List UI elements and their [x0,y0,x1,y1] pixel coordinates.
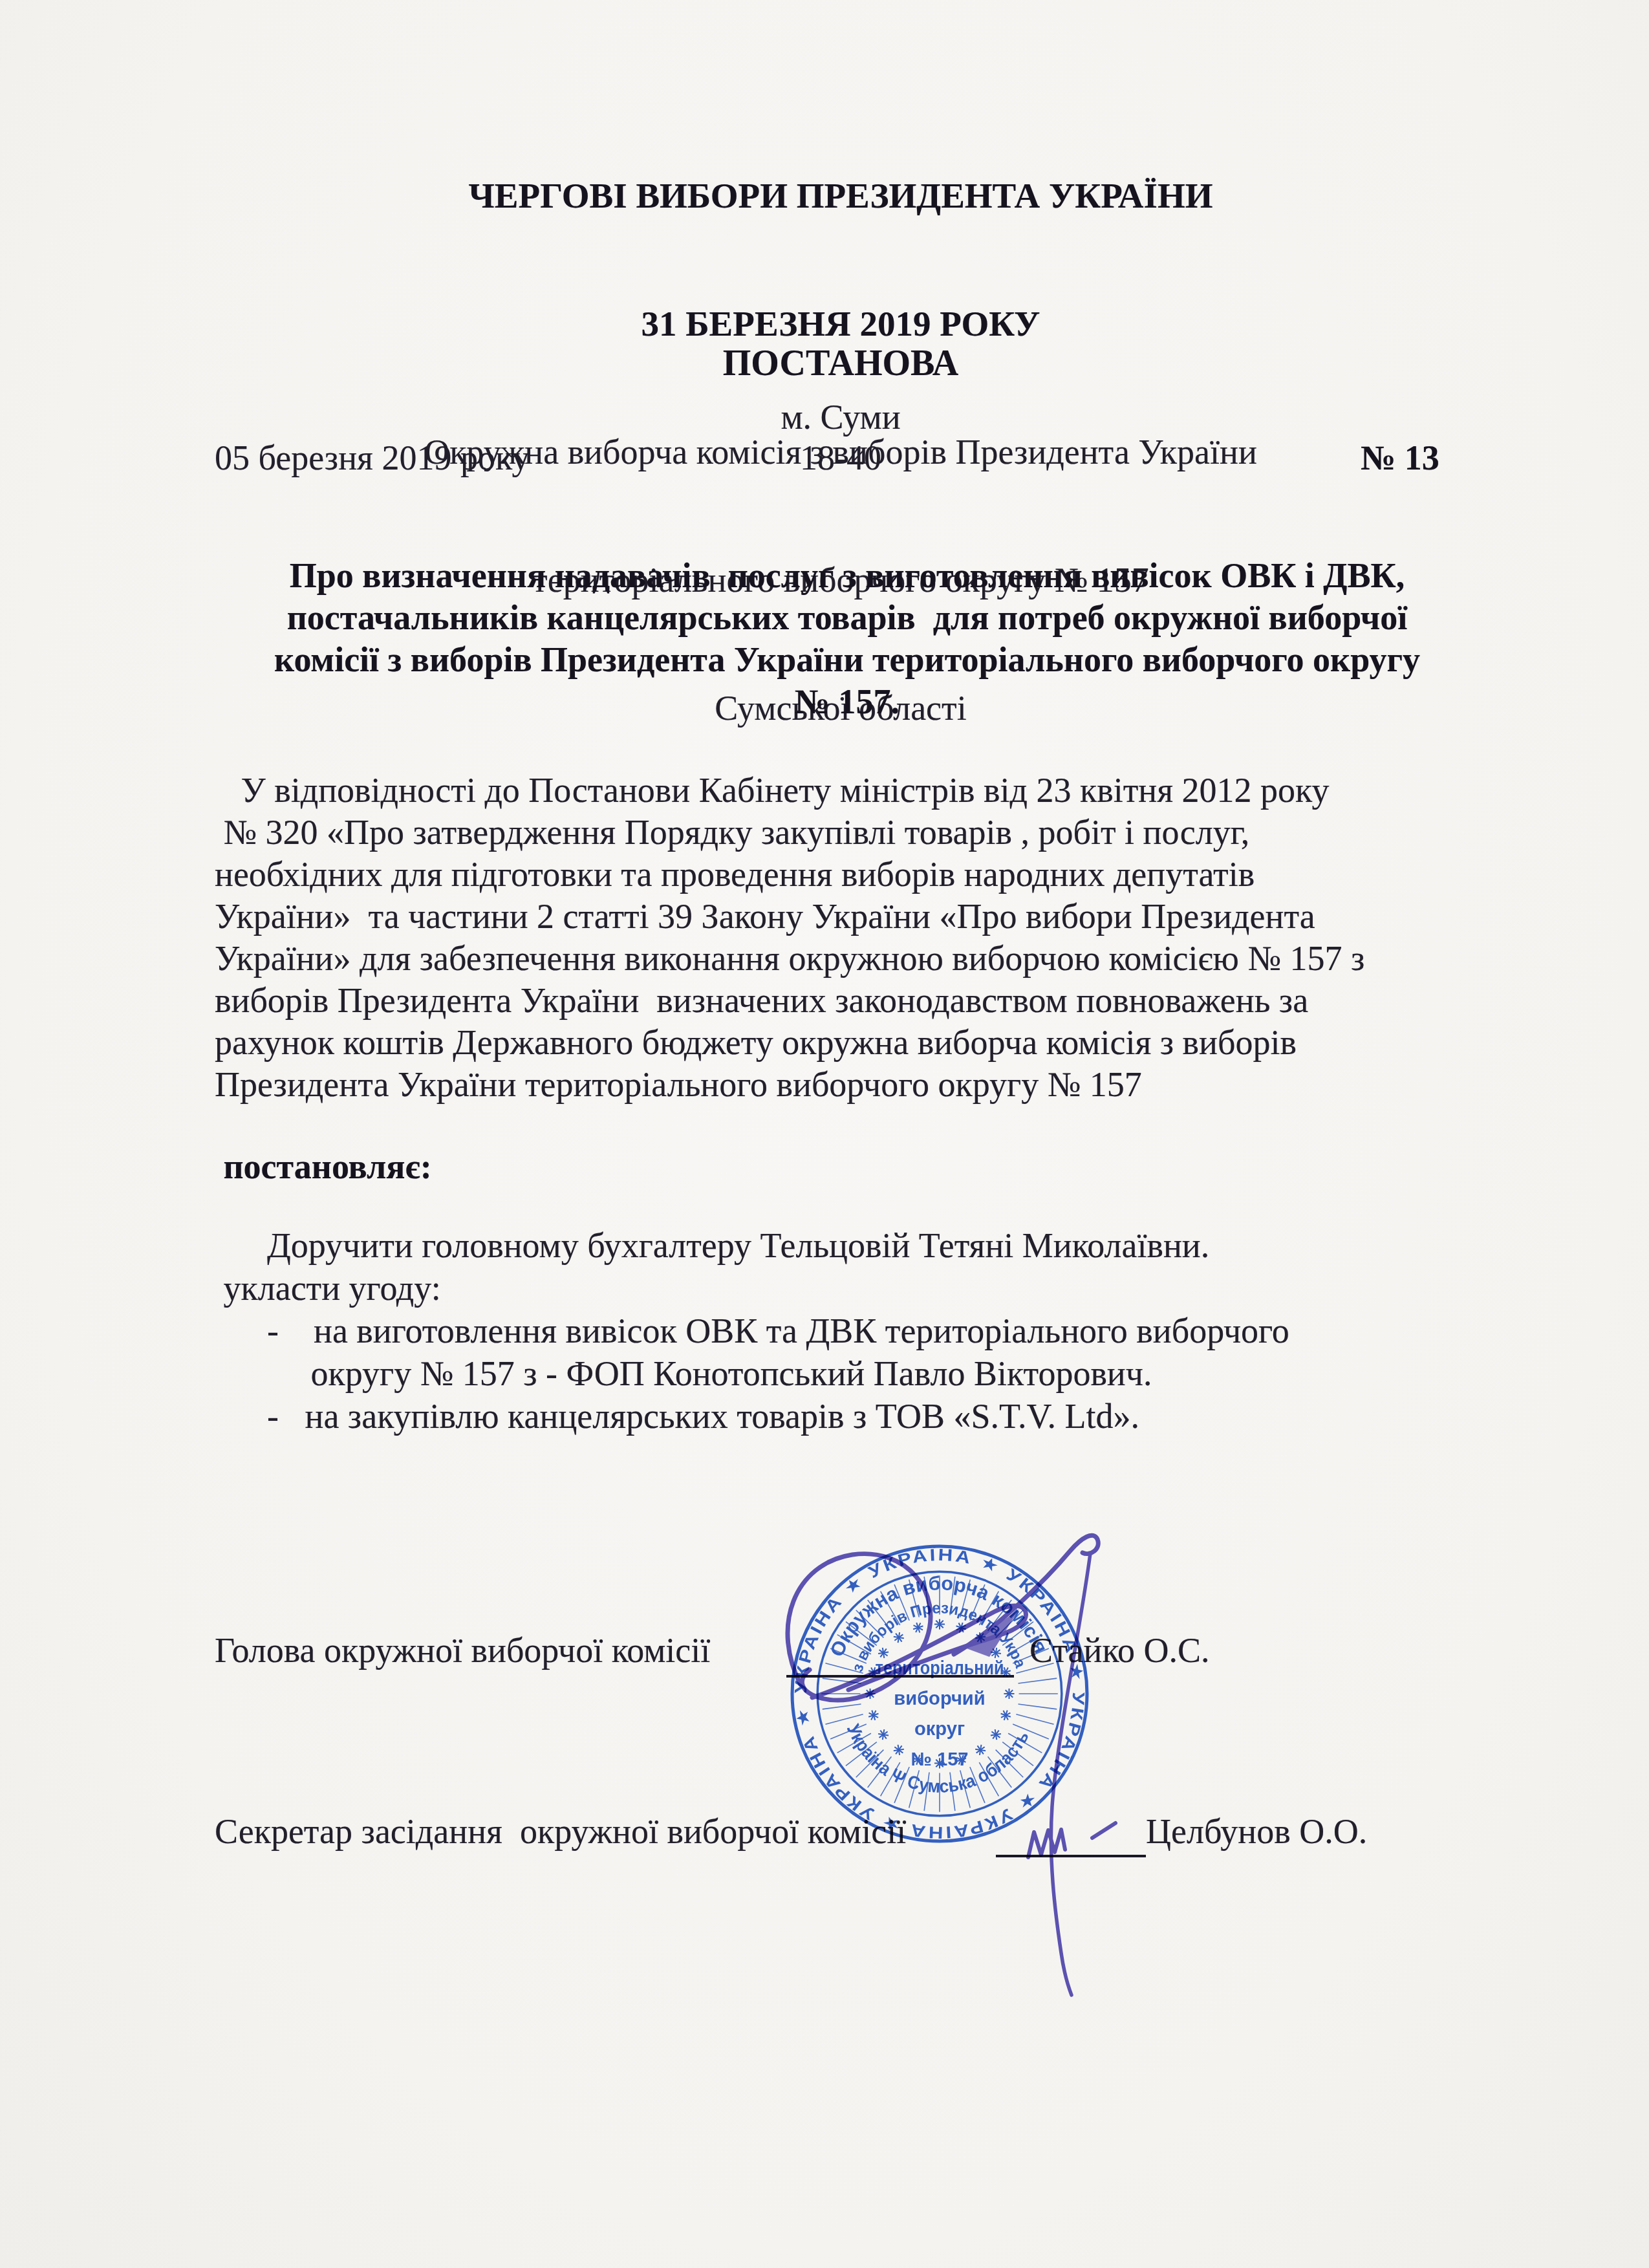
act-title: ПОСТАНОВА [32,343,1649,385]
secretary-signature-tick [1092,1823,1115,1838]
header-election-title: ЧЕРГОВІ ВИБОРИ ПРЕЗИДЕНТА УКРАЇНИ [32,175,1649,217]
act-number: № 13 [1361,437,1439,479]
head-signature-label: Голова окружної виборчої комісії [215,1630,710,1672]
handwritten-signature-icon [737,1494,1196,2018]
head-signature-strike [812,1606,1026,1698]
pen-long-descender [1051,1553,1090,1995]
act-place: м. Суми [32,396,1649,438]
act-decision-list: Доручити головному бухгалтеру Тельцовій … [215,1224,1508,1438]
secretary-signature-zigzag [1028,1830,1065,1857]
act-resolves-word: постановляє: [215,1146,432,1188]
act-subject: Про визначення надавачів послуг з вигото… [200,555,1494,723]
scanned-document-page: ЧЕРГОВІ ВИБОРИ ПРЕЗИДЕНТА УКРАЇНИ 31 БЕР… [0,0,1649,2268]
header-election-date: 31 БЕРЕЗНЯ 2019 РОКУ [32,303,1649,345]
act-body-paragraph: У відповідності до Постанови Кабінету мі… [215,770,1502,1106]
